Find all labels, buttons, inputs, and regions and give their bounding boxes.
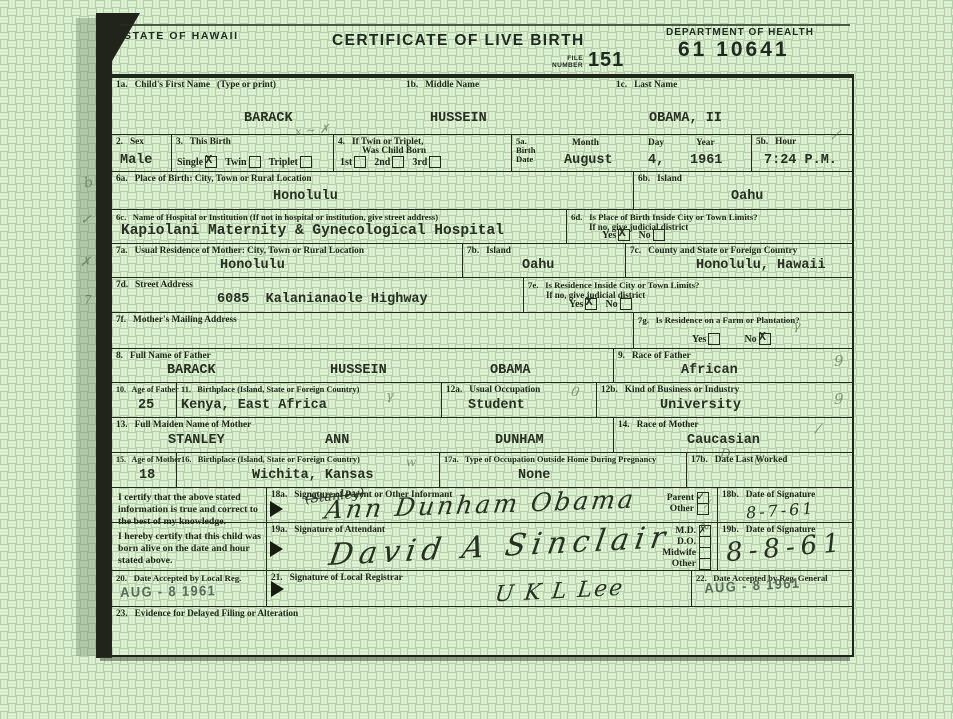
field-6b-island: 6b. Island Oahu [634,172,852,209]
date-stamp: AUG - 8 1961 [120,582,216,600]
form-row-15: 23. Evidence for Delayed Filing or Alter… [112,607,852,655]
pen-mark-artifact: D [719,446,731,462]
field-label: 7e. Is Residence Inside City or Town Lim… [528,280,699,290]
form-row-14: 20. Date Accepted by Local Reg. AUG - 8 … [112,571,852,607]
field-7f-mailing-address: 7f. Mother's Mailing Address [112,313,634,348]
father-first-name: BARACK [167,363,216,378]
form-row-5: 7a. Usual Residence of Mother: City, Tow… [112,244,852,278]
field-label: 2. Sex [116,137,144,147]
statement-text: I hereby certify that this child was bor… [112,523,266,568]
signature-arrow-icon [270,541,283,557]
field-label: 6c. Name of Hospital or Institution (If … [116,212,438,222]
pen-mark-artifact: 0 [754,454,762,469]
mother-first-name: STANLEY [168,433,225,448]
field-19a-signature-of-attendant: 19a. Signature of Attendant David A Sinc… [267,523,718,570]
form-row-9: 10. Age of Father 25 11. Birthplace (Isl… [112,383,852,418]
field-value: None [518,468,550,483]
field-22-date-accepted-reg-general: 22. Date Accepted by Reg. General AUG - … [692,571,852,606]
field-label: 14. Race of Mother [618,420,699,430]
field-label: 8. Full Name of Father [116,351,211,361]
checkbox-midwife: Midwife [662,547,711,558]
pen-mark-artifact: ✗ [80,255,91,270]
checkbox-other: Other [667,503,709,514]
field-value: 25 [138,398,154,413]
form-row-2: 2. Sex Male 3. This Birth SingleX Twin T… [112,135,852,172]
checkbox-box [392,156,404,168]
certificate-bottom-shadow [100,657,850,661]
state-name: STATE OF HAWAII [124,30,239,42]
field-label: 7c. County and State or Foreign Country [630,246,797,256]
field-6c-hospital-name: 6c. Name of Hospital or Institution (If … [112,210,567,243]
field-label: 9. Race of Father [618,351,691,361]
field-value: 6085 Kalanianaole Highway [217,292,428,307]
checkbox-no: No [605,298,631,310]
field-label: 16. Birthplace (Island, State or Foreign… [181,455,360,464]
father-last-name: OBAMA [490,363,531,378]
field-value: 7:24 P.M. [764,153,837,168]
field-label: 17b. Date Last Worked [691,455,787,465]
field-7g-farm-or-plantation: 7g. Is Residence on a Farm or Plantation… [634,313,852,348]
field-12b-kind-of-business: 12b. Kind of Business or Industry Univer… [597,383,852,417]
field-label: 10. Age of Father [116,385,179,394]
field-label: 11. Birthplace (Island, State or Foreign… [181,385,359,394]
field-value: Oahu [731,189,763,204]
form-row-3: 6a. Place of Birth: City, Town or Rural … [112,172,852,210]
field-10-age-of-father: 10. Age of Father 25 [112,383,177,417]
checkbox-no: NoX [744,333,770,345]
field-value: Kenya, East Africa [181,398,327,413]
field-label: 3. This Birth [176,137,231,147]
checkbox-box [699,558,711,570]
checkbox-box [429,156,441,168]
checkbox-box: X [585,298,597,310]
pen-mark-artifact: x ~ ✗ [294,122,330,139]
field-label: 13. Full Maiden Name of Mother [116,420,251,430]
field-value: BARACK [244,111,293,126]
checkbox-triplet: Triplet [269,156,312,168]
department-name: DEPARTMENT OF HEALTH [666,27,814,38]
checkbox-box [708,333,720,345]
signature-arrow-icon [271,581,284,597]
certificate-form-grid: 1a. Child's First Name (Type or print) B… [110,74,854,657]
checkbox-yes: YesX [569,298,597,310]
form-row-12: I certify that the above stated informat… [112,488,852,523]
file-number-block: FILENUMBER 151 [552,51,624,69]
checkbox-single: SingleX [177,156,217,168]
certificate-top-edge [120,24,850,26]
field-18b-date-of-signature: 18b. Date of Signature 8-7-61 [718,488,852,522]
field-label: 7f. Mother's Mailing Address [116,315,237,325]
field-1b-middle-name: 1b. Middle Name HUSSEIN [402,78,612,134]
checkbox-box [249,156,261,168]
checkbox-mark: X [205,153,212,167]
signature-arrow-icon [270,501,283,517]
field-label: 17a. Type of Occupation Outside Home Dur… [444,455,656,464]
checkbox-box: X [759,333,771,345]
certify-statement-informant: I certify that the above stated informat… [112,488,267,522]
field-label: 1b. Middle Name [406,80,479,90]
field-label: 6a. Place of Birth: City, Town or Rural … [116,174,312,184]
father-middle-name: HUSSEIN [330,363,387,378]
month-label: Month [572,138,599,148]
file-number-value: 151 [588,51,624,69]
field-label: 7d. Street Address [116,280,193,290]
pen-mark-artifact: ⁄ [707,497,709,511]
field-label: 7a. Usual Residence of Mother: City, Tow… [116,246,364,256]
form-row-6: 7d. Street Address 6085 Kalanianaole Hig… [112,278,852,313]
field-value: African [681,363,738,378]
birth-year-value: 1961 [690,153,722,168]
field-value: HUSSEIN [430,111,487,126]
pen-mark-artifact: γ [793,319,801,334]
checkbox-twin: Twin [225,156,261,168]
field-23-evidence-delayed-filing: 23. Evidence for Delayed Filing or Alter… [112,607,852,655]
field-17a-occupation-during-pregnancy: 17a. Type of Occupation Outside Home Dur… [440,453,687,487]
scanned-birth-certificate: STATE OF HAWAII CERTIFICATE OF LIVE BIRT… [0,0,953,719]
form-row-8: 8. Full Name of Father BARACK HUSSEIN OB… [112,349,852,383]
certificate-title: CERTIFICATE OF LIVE BIRTH [332,32,585,50]
field-value: Wichita, Kansas [252,468,374,483]
field-1c-last-name: 1c. Last Name OBAMA, II [612,78,852,134]
pen-mark-artifact: ✓ [80,212,92,228]
checkbox-box: X [205,156,217,168]
checkbox-no: No [638,229,664,241]
field-value: Honolulu, Hawaii [696,258,826,273]
field-label: 1a. Child's First Name (Type or print) [116,80,276,90]
signature-date: 8-7-61 [745,499,816,523]
checkbox-yes: YesX [602,229,630,241]
form-row-4: 6c. Name of Hospital or Institution (If … [112,210,852,244]
checkbox-box [653,229,665,241]
field-8-father-full-name: 8. Full Name of Father BARACK HUSSEIN OB… [112,349,614,382]
checkbox-3rd: 3rd [412,156,441,168]
field-label: 6d. Is Place of Birth Inside City or Tow… [571,212,758,222]
form-row-11: 15. Age of Mother 18 16. Birthplace (Isl… [112,453,852,488]
birth-month-value: August [564,153,613,168]
pen-mark-artifact: 9 [834,352,844,370]
field-5a-birth-date: 5a.BirthDate Month Day Year August 4, 19… [512,135,752,171]
field-19b-date-of-signature: 19b. Date of Signature 8-8-61 [718,523,852,570]
field-label: 5b. Hour [756,137,796,147]
form-row-7: 7f. Mother's Mailing Address 7g. Is Resi… [112,313,852,349]
field-15-age-of-mother: 15. Age of Mother 18 [112,453,177,487]
field-label: 7b. Island [467,246,511,256]
pen-mark-artifact: w [406,455,416,469]
birth-day-value: 4, [648,153,664,168]
field-label: 7g. Is Residence on a Farm or Plantation… [638,315,800,325]
field-label-line2: Was Child Born [362,146,426,156]
field-label: 6b. Island [638,174,682,184]
field-18a-signature-of-parent: 18a. Signature of Parent or Other Inform… [267,488,718,522]
field-7e-residence-inside-limits: 7e. Is Residence Inside City or Town Lim… [524,278,852,312]
field-label: 15. Age of Mother [116,455,181,464]
pen-mark-artifact: 7 [84,293,92,307]
field-7a-mother-residence: 7a. Usual Residence of Mother: City, Tow… [112,244,463,277]
field-label: 21. Signature of Local Registrar [271,573,403,583]
field-20-date-accepted-local-reg: 20. Date Accepted by Local Reg. AUG - 8 … [112,571,267,606]
field-6a-place-of-birth: 6a. Place of Birth: City, Town or Rural … [112,172,634,209]
field-13-mother-maiden-name: 13. Full Maiden Name of Mother STANLEY A… [112,418,614,452]
field-label: 1c. Last Name [616,80,677,90]
checkbox-parent: Parent✓ [667,492,709,503]
field-value: Honolulu [220,258,285,273]
field-label: 23. Evidence for Delayed Filing or Alter… [116,609,298,619]
checkbox-2nd: 2nd [374,156,404,168]
field-value: Honolulu [273,189,338,204]
field-value: 18 [139,468,155,483]
field-6d-inside-city-limits: 6d. Is Place of Birth Inside City or Tow… [567,210,852,243]
field-3-this-birth: 3. This Birth SingleX Twin Triplet [172,135,334,171]
checkbox-box [300,156,312,168]
registrar-signature: U K L Lee [494,576,626,608]
checkbox-other: Other [662,558,711,569]
field-9-race-of-father: 9. Race of Father African [614,349,852,382]
field-value: OBAMA, II [649,111,722,126]
field-4-if-twin-or-triplet: 4. If Twin or Triplet, Was Child Born 1s… [334,135,512,171]
file-number-label: FILENUMBER [552,55,583,69]
mother-last-name: DUNHAM [495,433,544,448]
form-row-13: I hereby certify that this child was bor… [112,523,852,571]
field-17b-date-last-worked: 17b. Date Last Worked [687,453,852,487]
checkbox-box [620,298,632,310]
certificate-number: 61 10641 [678,38,790,62]
field-7c-county-state: 7c. County and State or Foreign Country … [626,244,852,277]
form-row-1: 1a. Child's First Name (Type or print) B… [112,78,852,135]
checkbox-1st: 1st [340,156,366,168]
field-label: 20. Date Accepted by Local Reg. [116,573,241,583]
mother-middle-name: ANN [325,433,349,448]
field-value: Student [468,398,525,413]
checkbox-box: X [618,229,630,241]
field-7b-island: 7b. Island Oahu [463,244,626,277]
field-label: 19a. Signature of Attendant [271,525,385,535]
field-label: 12a. Usual Occupation [446,385,540,395]
year-label: Year [696,138,715,148]
field-7d-street-address: 7d. Street Address 6085 Kalanianaole Hig… [112,278,524,312]
field-label: 5a.BirthDate [516,137,536,164]
field-label: 12b. Kind of Business or Industry [601,385,739,395]
field-2-sex: 2. Sex Male [112,135,172,171]
pen-mark-artifact: γ [386,389,394,404]
field-value: Oahu [522,258,554,273]
form-row-10: 13. Full Maiden Name of Mother STANLEY A… [112,418,852,453]
day-label: Day [648,138,664,148]
certify-statement-attendant: I hereby certify that this child was bor… [112,523,267,570]
field-value: Male [120,153,152,168]
checkbox-box [354,156,366,168]
field-value: Kapiolani Maternity & Gynecological Hosp… [121,223,504,239]
checkbox-yes: Yes [692,333,720,345]
field-21-signature-of-local-registrar: 21. Signature of Local Registrar U K L L… [267,571,692,606]
field-16-mother-birthplace: 16. Birthplace (Island, State or Foreign… [177,453,440,487]
field-1a-child-first-name: 1a. Child's First Name (Type or print) B… [112,78,402,134]
field-value: University [660,398,741,413]
pen-mark-artifact: 9 [834,390,844,408]
field-11-father-birthplace: 11. Birthplace (Island, State or Foreign… [177,383,442,417]
